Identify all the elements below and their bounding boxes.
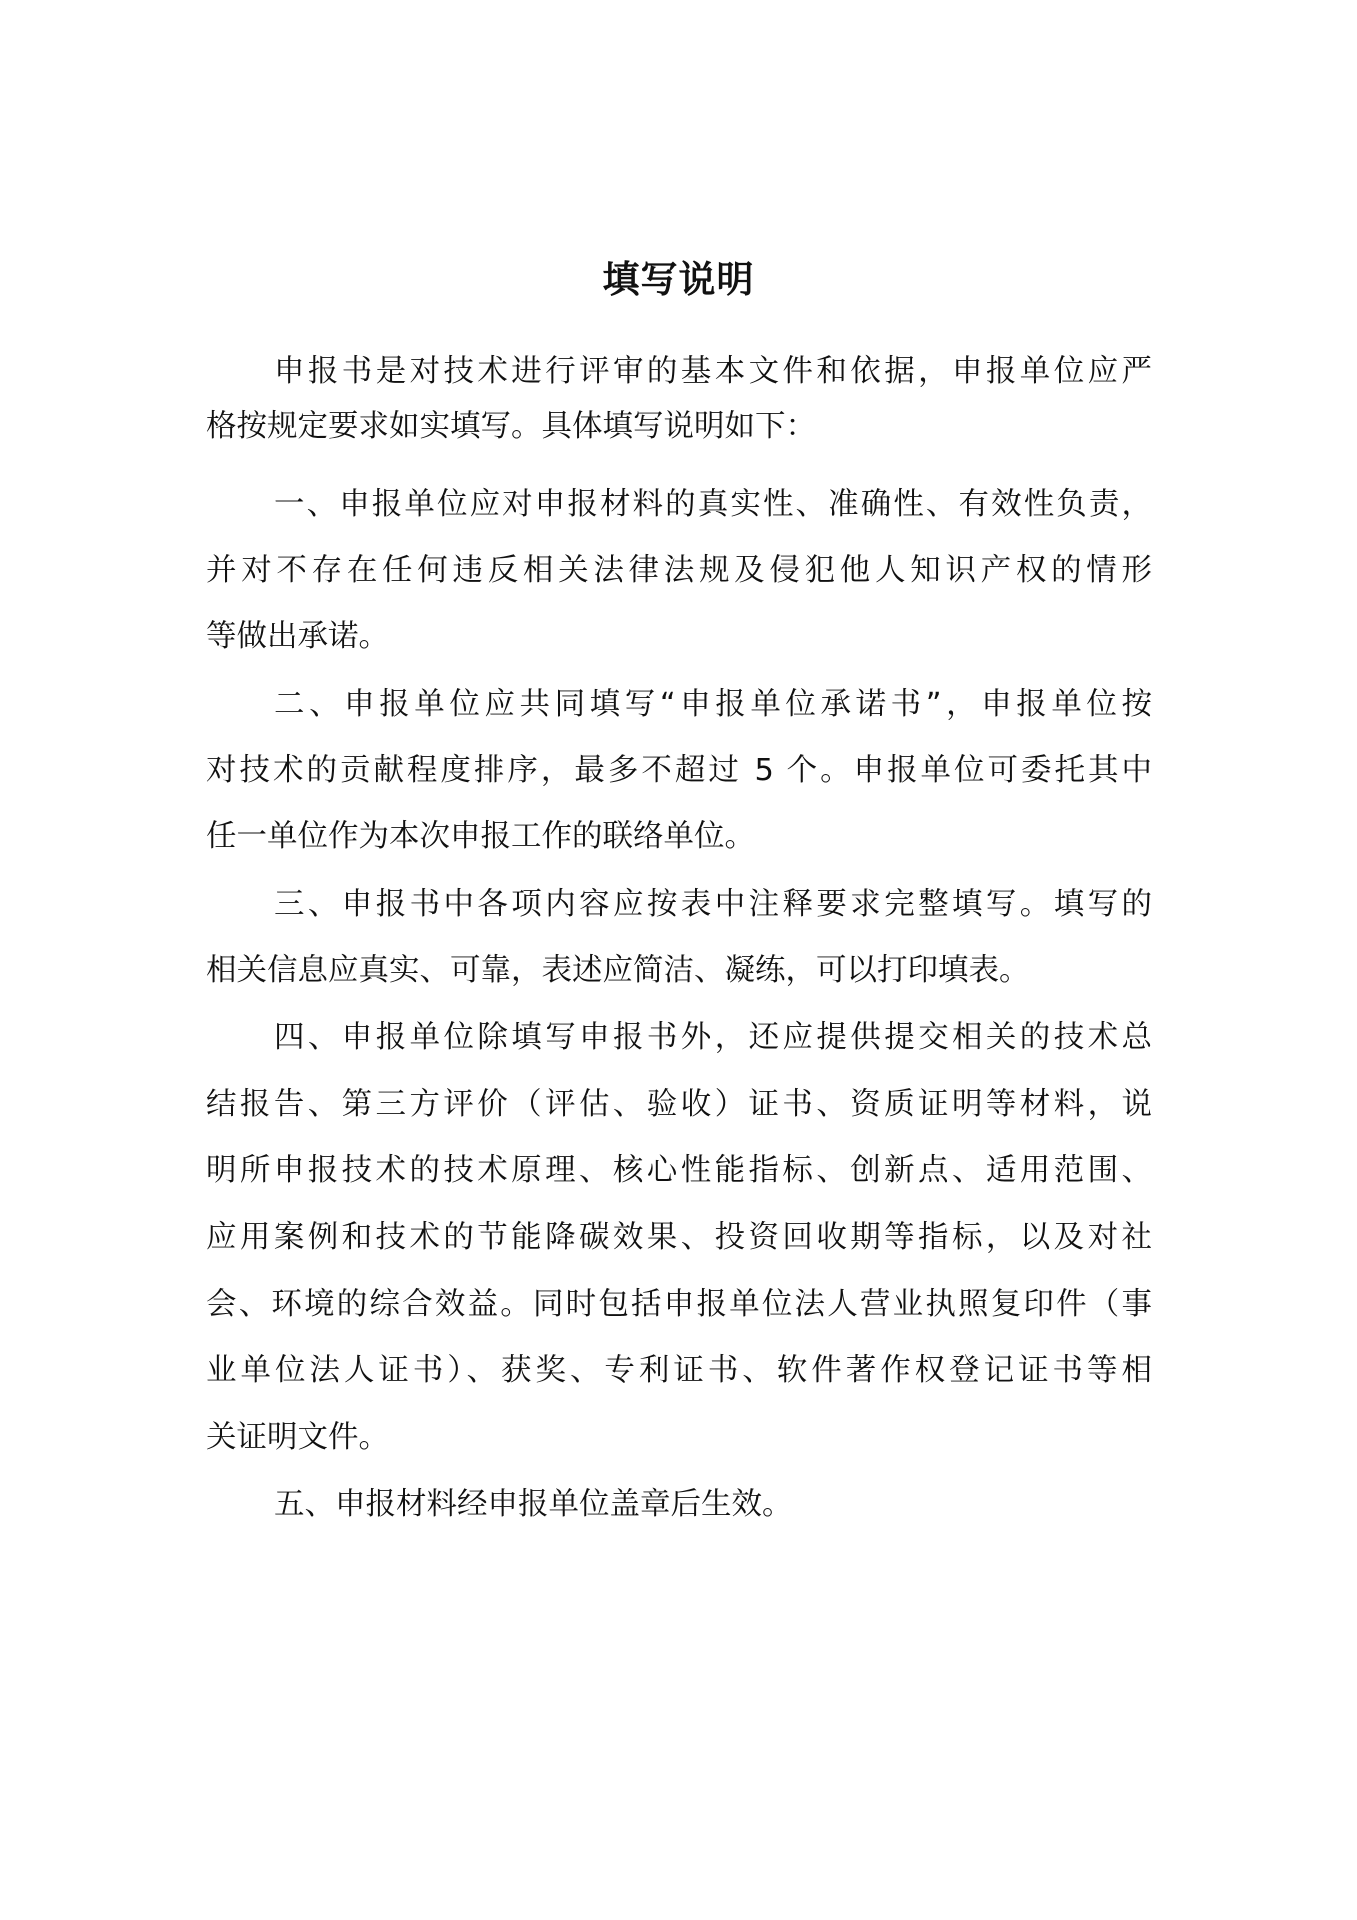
paragraph-intro-line-1: 申报书是对技术进行评审的基本文件和依据，申报单位应严	[274, 350, 1152, 394]
paragraph-item-4-line-3: 明所申报技术的技术原理、核心性能指标、创新点、适用范围、	[206, 1149, 1152, 1193]
paragraph-item-4-line-7: 关证明文件。	[206, 1416, 1152, 1460]
paragraph-item-4-line-4: 应用案例和技术的节能降碳效果、投资回收期等指标，以及对社	[206, 1216, 1152, 1260]
paragraph-item-2-line-2: 对技术的贡献程度排序，最多不超过 5 个。申报单位可委托其中	[206, 749, 1152, 793]
paragraph-item-1-line-1: 一、申报单位应对申报材料的真实性、准确性、有效性负责，	[274, 483, 1152, 527]
paragraph-item-3-line-1: 三、申报书中各项内容应按表中注释要求完整填写。填写的	[274, 883, 1152, 927]
paragraph-item-3-line-2: 相关信息应真实、可靠，表述应简洁、凝练，可以打印填表。	[206, 949, 1152, 993]
paragraph-item-1-line-3: 等做出承诺。	[206, 615, 1152, 659]
paragraph-item-2-line-1: 二、申报单位应共同填写“申报单位承诺书”，申报单位按	[274, 683, 1152, 727]
paragraph-item-1-line-2: 并对不存在任何违反相关法律法规及侵犯他人知识产权的情形	[206, 549, 1152, 593]
paragraph-item-4-line-6: 业单位法人证书）、获奖、专利证书、软件著作权登记证书等相	[206, 1349, 1152, 1393]
document-title: 填写说明	[0, 252, 1357, 308]
paragraph-item-4-line-2: 结报告、第三方评价（评估、验收）证书、资质证明等材料，说	[206, 1083, 1152, 1127]
paragraph-item-4-line-5: 会、环境的综合效益。同时包括申报单位法人营业执照复印件（事	[206, 1283, 1152, 1327]
document-page: 填写说明 申报书是对技术进行评审的基本文件和依据，申报单位应严 格按规定要求如实…	[0, 0, 1357, 1920]
paragraph-item-5-line-1: 五、申报材料经申报单位盖章后生效。	[274, 1483, 1152, 1527]
paragraph-intro-line-2: 格按规定要求如实填写。具体填写说明如下：	[206, 405, 1152, 449]
paragraph-item-4-line-1: 四、申报单位除填写申报书外，还应提供提交相关的技术总	[274, 1016, 1152, 1060]
paragraph-item-2-line-3: 任一单位作为本次申报工作的联络单位。	[206, 815, 1152, 859]
